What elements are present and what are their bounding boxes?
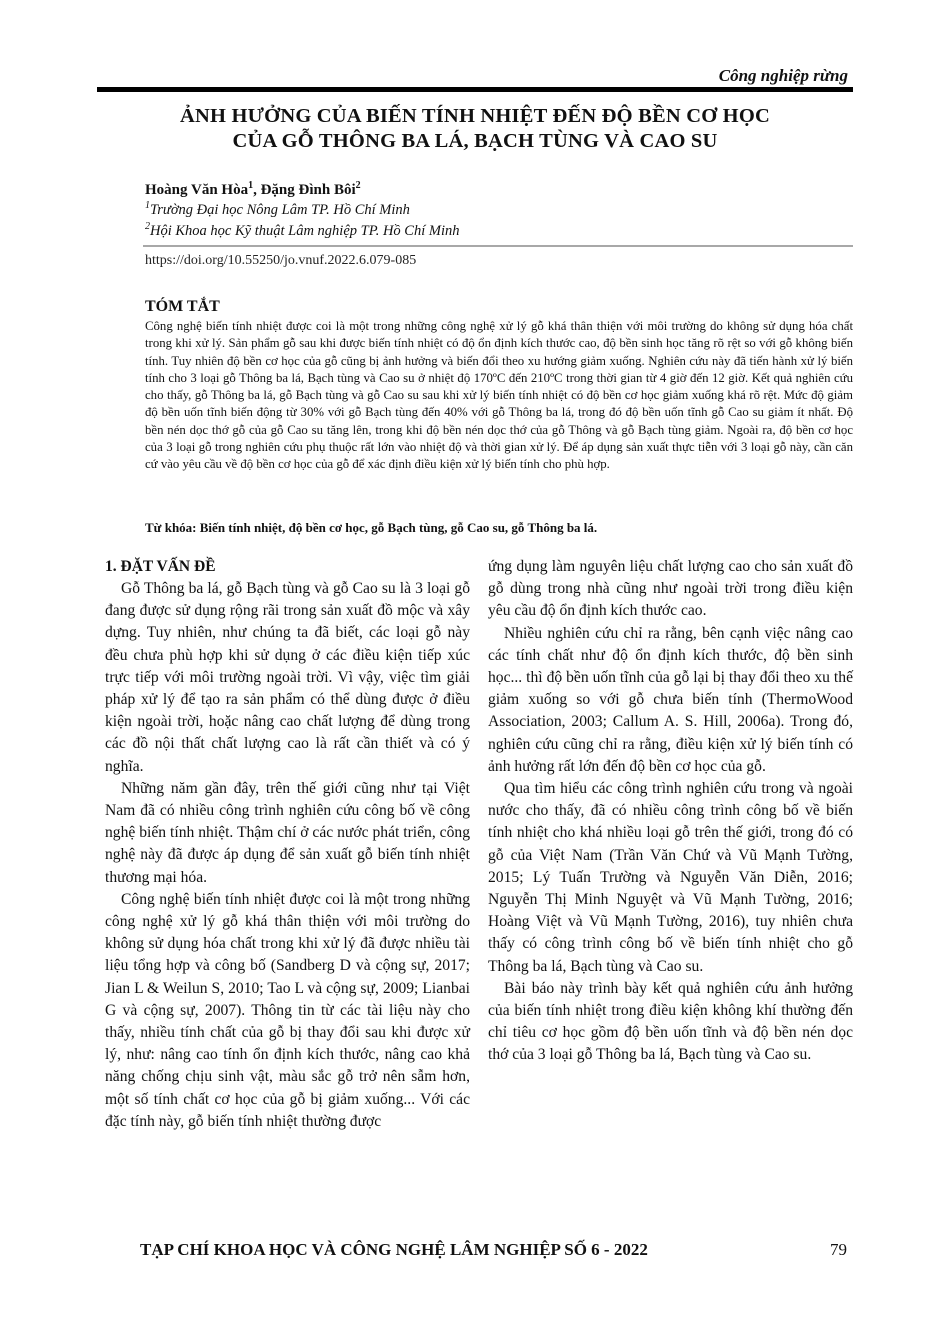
section-heading: 1. ĐẶT VẤN ĐỀ: [105, 556, 470, 578]
author-affil-mark: 2: [356, 180, 361, 191]
author-separator: ,: [253, 182, 261, 198]
abstract-text: Công nghệ biến tính nhiệt được coi là mộ…: [145, 318, 853, 474]
body-column-left: 1. ĐẶT VẤN ĐỀ Gỗ Thông ba lá, gỗ Bạch tù…: [105, 556, 470, 1133]
title-line-1: ẢNH HƯỞNG CỦA BIẾN TÍNH NHIỆT ĐẾN ĐỘ BỀN…: [97, 104, 853, 129]
body-paragraph: Những năm gần đây, trên thế giới cũng nh…: [105, 778, 470, 889]
author-name: Hoàng Văn Hòa: [145, 182, 248, 198]
article-title: ẢNH HƯỞNG CỦA BIẾN TÍNH NHIỆT ĐẾN ĐỘ BỀN…: [97, 104, 853, 154]
affiliation-text: Hội Khoa học Kỹ thuật Lâm nghiệp TP. Hồ …: [150, 223, 459, 239]
body-paragraph: Gỗ Thông ba lá, gỗ Bạch tùng và gỗ Cao s…: [105, 578, 470, 778]
body-paragraph: Bài báo này trình bày kết quả nghiên cứu…: [488, 978, 853, 1067]
body-paragraph: Công nghệ biến tính nhiệt được coi là mộ…: [105, 889, 470, 1133]
body-paragraph: ứng dụng làm nguyên liệu chất lượng cao …: [488, 556, 853, 623]
author-name: Đặng Đình Bôi: [261, 182, 356, 198]
page-number: 79: [830, 1240, 847, 1260]
keywords: Từ khóa: Biến tính nhiệt, độ bền cơ học,…: [145, 520, 853, 536]
body-paragraph: Qua tìm hiểu các công trình nghiên cứu t…: [488, 778, 853, 978]
affiliation: 1Trường Đại học Nông Lâm TP. Hồ Chí Minh: [145, 200, 410, 219]
title-line-2: CỦA GỖ THÔNG BA LÁ, BẠCH TÙNG VÀ CAO SU: [97, 129, 853, 154]
affiliation-text: Trường Đại học Nông Lâm TP. Hồ Chí Minh: [150, 202, 410, 218]
journal-footer: TẠP CHÍ KHOA HỌC VÀ CÔNG NGHỆ LÂM NGHIỆP…: [140, 1240, 648, 1260]
body-paragraph: Nhiều nghiên cứu chỉ ra rằng, bên cạnh v…: [488, 623, 853, 778]
doi-link[interactable]: https://doi.org/10.55250/jo.vnuf.2022.6.…: [145, 253, 416, 269]
divider: [143, 245, 853, 247]
body-column-right: ứng dụng làm nguyên liệu chất lượng cao …: [488, 556, 853, 1067]
section-label: Công nghiệp rừng: [719, 66, 848, 86]
abstract-heading: TÓM TẮT: [145, 298, 220, 316]
header-rule: [97, 87, 853, 92]
affiliation: 2Hội Khoa học Kỹ thuật Lâm nghiệp TP. Hồ…: [145, 221, 459, 240]
author-list: Hoàng Văn Hòa1, Đặng Đình Bôi2: [145, 180, 361, 199]
